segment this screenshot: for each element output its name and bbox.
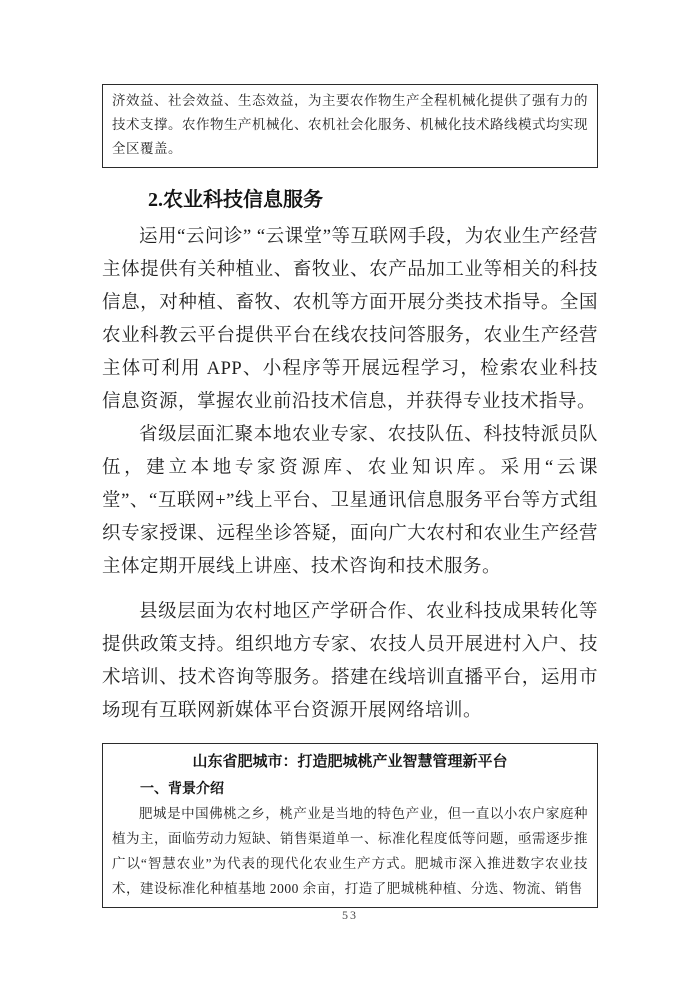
body-paragraph-3: 县级层面为农村地区产学研合作、农业科技成果转化等提供政策支持。组织地方专家、农技…: [102, 596, 598, 728]
case-study-body: 肥城是中国佛桃之乡，桃产业是当地的特色产业，但一直以小农户家庭种植为主，面临劳动…: [112, 801, 588, 901]
document-page: 济效益、社会效益、生态效益，为主要农作物生产全程机械化提供了强有力的技术支撑。农…: [0, 0, 700, 990]
body-paragraph-1: 运用“云问诊” “云课堂”等互联网手段，为农业生产经营主体提供有关种植业、畜牧业…: [102, 221, 598, 419]
body-paragraph-2: 省级层面汇聚本地农业专家、农技队伍、科技特派员队伍，建立本地专家资源库、农业知识…: [102, 419, 598, 584]
page-content: 济效益、社会效益、生态效益，为主要农作物生产全程机械化提供了强有力的技术支撑。农…: [102, 0, 598, 908]
case-study-subheading: 一、背景介绍: [112, 775, 588, 801]
section-heading: 2.农业科技信息服务: [102, 183, 598, 212]
case-study-title: 山东省肥城市：打造肥城桃产业智慧管理新平台: [112, 749, 588, 775]
continued-paragraph: 济效益、社会效益、生态效益，为主要农作物生产全程机械化提供了强有力的技术支撑。农…: [112, 89, 588, 161]
case-study-box: 山东省肥城市：打造肥城桃产业智慧管理新平台 一、背景介绍 肥城是中国佛桃之乡，桃…: [102, 743, 598, 908]
page-number: 53: [0, 908, 700, 923]
continued-text-box: 济效益、社会效益、生态效益，为主要农作物生产全程机械化提供了强有力的技术支撑。农…: [102, 84, 598, 168]
